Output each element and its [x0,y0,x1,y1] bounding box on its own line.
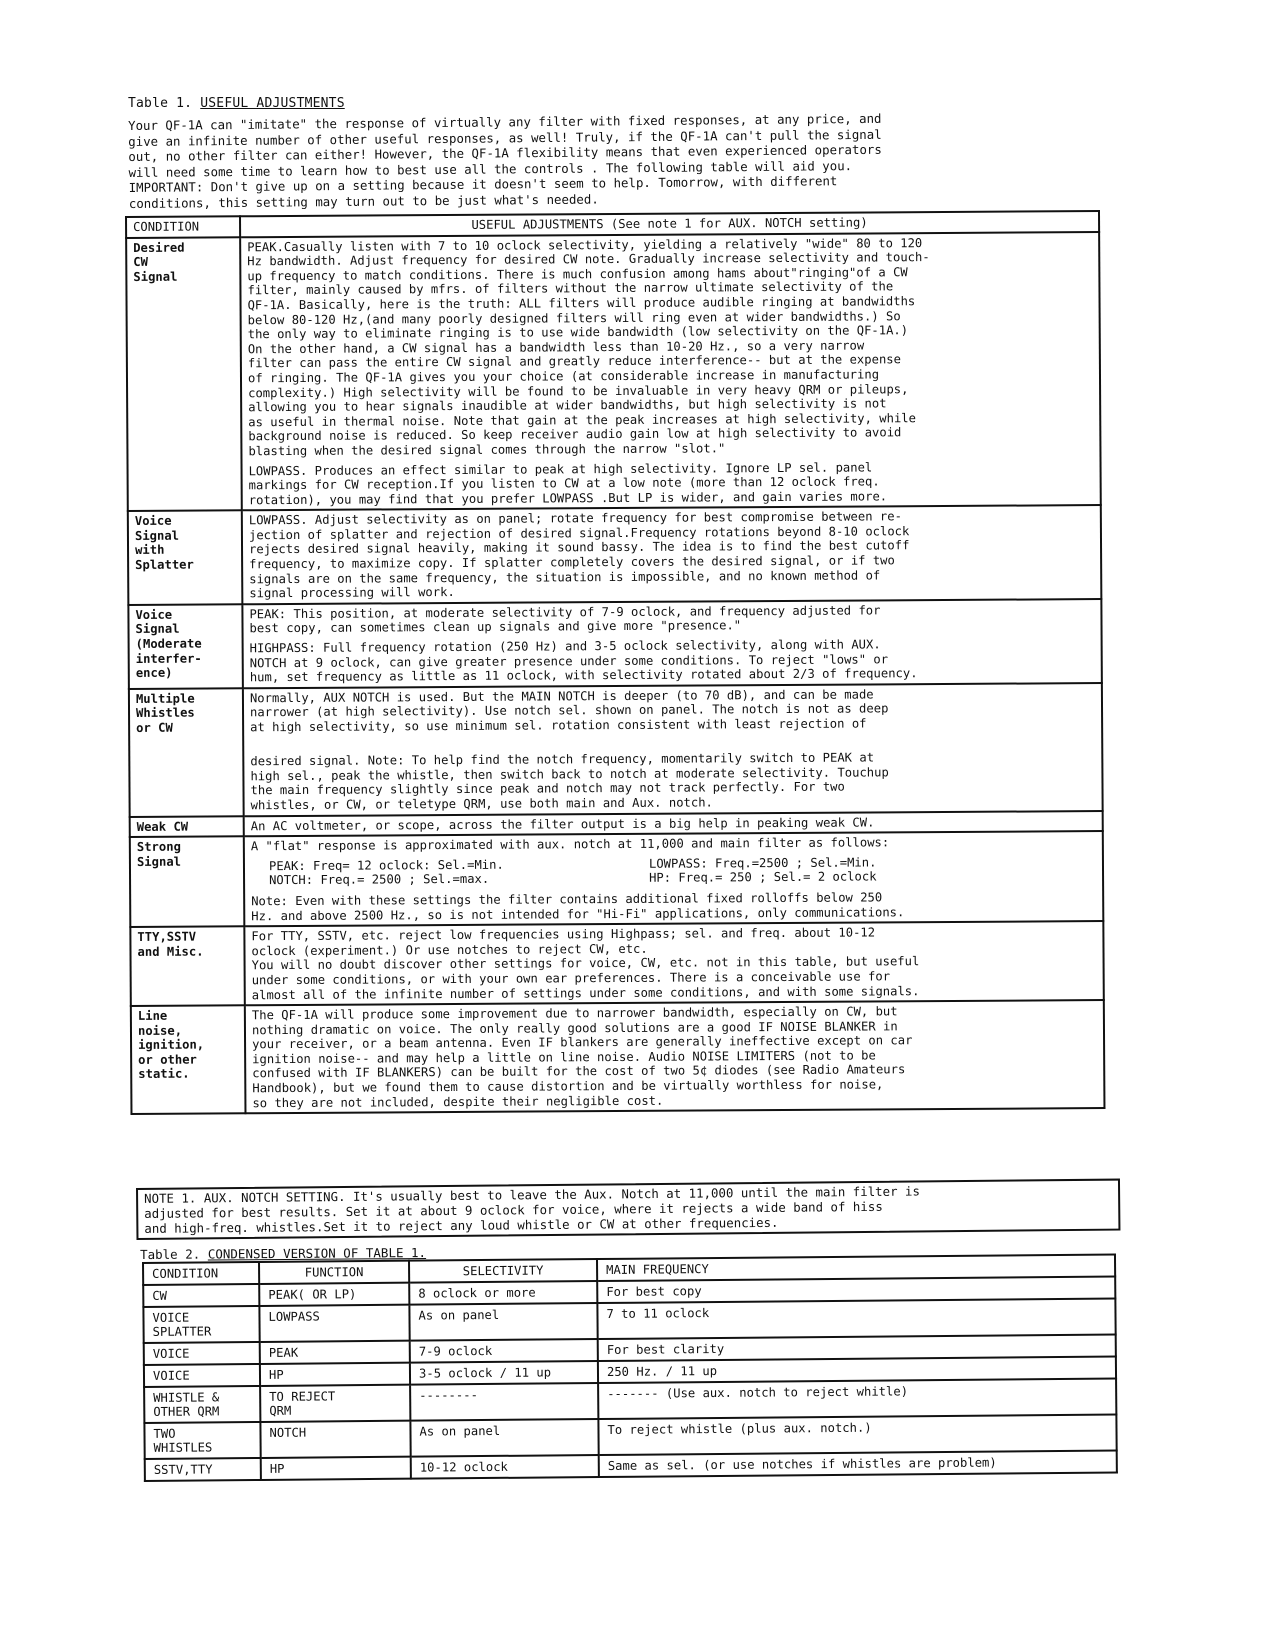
function-cell: PEAK( OR LP) [259,1283,409,1306]
condition-cell: Desired CW Signal [126,237,242,511]
condition-cell: SSTV,TTY [145,1458,261,1481]
function-cell: HP [261,1457,411,1480]
table-row: Voice Signal with SplatterLOWPASS. Adjus… [128,505,1102,605]
settings-right: LOWPASS: Freq.=2500 ; Sel.=Min. HP: Freq… [649,854,1096,886]
adjustment-paragraph: desired signal. Note: To help find the n… [250,735,1095,813]
settings-grid: PEAK: Freq= 12 oclock: Sel.=Min. NOTCH: … [269,854,1096,888]
condition-cell: Weak CW [130,816,244,837]
table-row: Desired CW SignalPEAK.Casually listen wi… [126,232,1101,512]
selectivity-cell: As on panel [409,1303,597,1341]
table-row: Line noise, ignition, or other static.Th… [131,1000,1105,1114]
table-row: Strong SignalA "flat" response is approx… [130,831,1104,927]
table1-label: Table 1. [128,96,192,111]
settings-left: PEAK: Freq= 12 oclock: Sel.=Min. NOTCH: … [269,857,649,889]
function-cell: LOWPASS [259,1305,409,1342]
condition-cell: Multiple Whistles or CW [129,688,244,816]
condition-cell: TWO WHISTLES [144,1422,260,1459]
main-frequency-cell: 7 to 11 oclock [597,1299,1115,1340]
adjustment-paragraph: Normally, AUX NOTCH is used. But the MAI… [250,686,1095,735]
table1-heading: USEFUL ADJUSTMENTS [200,96,344,111]
adjustment-cell: A "flat" response is approximated with a… [244,831,1104,926]
condition-cell: VOICE SPLATTER [143,1306,259,1343]
function-cell: HP [260,1363,410,1386]
adjustment-cell: PEAK: This position, at moderate selecti… [242,599,1101,688]
main-frequency-cell: Same as sel. (or use notches if whistles… [599,1451,1117,1478]
table-row: Multiple Whistles or CWNormally, AUX NOT… [129,683,1103,817]
adjustment-cell: The QF-1A will produce some improvement … [245,1000,1105,1113]
table2-label: Table 2. [140,1247,200,1262]
function-cell: PEAK [260,1341,410,1364]
useful-adjustments-table: CONDITION USEFUL ADJUSTMENTS (See note 1… [125,210,1105,1115]
adjustment-paragraph: PEAK.Casually listen with 7 to 10 oclock… [247,235,1093,459]
condition-cell: CW [143,1284,259,1307]
adjustment-cell: PEAK.Casually listen with 7 to 10 oclock… [240,232,1101,511]
condition-cell: TTY,SSTV and Misc. [130,926,244,1006]
adjustment-paragraph: An AC voltmeter, or scope, across the fi… [251,814,1096,834]
settings-note: Note: Even with these settings the filte… [251,889,1096,923]
flat-response-lead: A "flat" response is approximated with a… [251,834,1096,854]
condition-cell: Strong Signal [130,836,245,927]
table-row: Voice Signal (Moderate interfer- ence)PE… [128,599,1101,689]
column-header: CONDITION [143,1262,259,1285]
condition-cell: Voice Signal with Splatter [128,511,243,605]
selectivity-cell: 3-5 oclock / 11 up [410,1361,598,1385]
document-page: Table 1. USEFUL ADJUSTMENTS Your QF-1A c… [0,0,1275,1650]
adjustment-paragraph: LOWPASS. Produces an effect similar to p… [249,459,1094,508]
adjustment-paragraph: For TTY, SSTV, etc. reject low frequenci… [251,924,1096,1002]
main-frequency-cell: ------- (Use aux. notch to reject whitle… [598,1379,1116,1420]
condition-cell: VOICE [144,1364,260,1387]
note-1: NOTE 1. AUX. NOTCH SETTING. It's usually… [136,1179,1120,1241]
function-cell: NOTCH [260,1421,410,1458]
adjustment-paragraph: LOWPASS. Adjust selectivity as on panel;… [249,508,1095,601]
adjustment-cell: LOWPASS. Adjust selectivity as on panel;… [242,505,1102,604]
column-header: FUNCTION [259,1261,409,1284]
main-frequency-cell: To reject whistle (plus aux. notch.) [598,1415,1116,1456]
condition-cell: WHISTLE & OTHER QRM [144,1386,260,1423]
condition-cell: Line noise, ignition, or other static. [131,1005,246,1114]
adjustment-paragraph: PEAK: This position, at moderate selecti… [249,602,1094,636]
column-header: SELECTIVITY [409,1259,597,1283]
selectivity-cell: 10-12 oclock [411,1455,599,1479]
selectivity-cell: -------- [410,1383,598,1421]
selectivity-cell: 7-9 oclock [410,1339,598,1363]
adjustment-cell: Normally, AUX NOTCH is used. But the MAI… [243,683,1103,816]
selectivity-cell: 8 oclock or more [409,1281,597,1305]
table1-title: Table 1. USEFUL ADJUSTMENTS [128,96,345,111]
table1-intro: Your QF-1A can "imitate" the response of… [128,109,1089,211]
adjustment-paragraph: The QF-1A will produce some improvement … [252,1003,1098,1110]
condensed-table: CONDITIONFUNCTIONSELECTIVITYMAIN FREQUEN… [142,1254,1118,1482]
table-row: TTY,SSTV and Misc.For TTY, SSTV, etc. re… [130,921,1103,1006]
condition-cell: Voice Signal (Moderate interfer- ence) [128,604,243,689]
adjustment-cell: For TTY, SSTV, etc. reject low frequenci… [244,921,1103,1005]
selectivity-cell: As on panel [410,1419,598,1457]
adjustment-paragraph: HIGHPASS: Full frequency rotation (250 H… [250,636,1095,685]
function-cell: TO REJECT QRM [260,1385,410,1422]
condition-cell: VOICE [144,1342,260,1365]
column-header-condition: CONDITION [126,216,240,237]
